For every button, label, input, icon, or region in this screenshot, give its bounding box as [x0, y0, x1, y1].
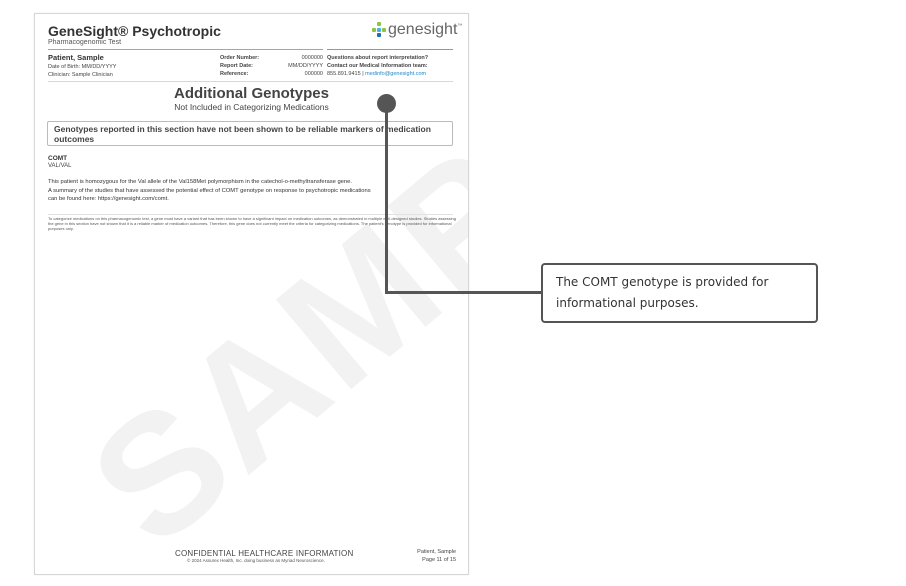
section-subtitle: Not Included in Categorizing Medications — [35, 102, 468, 112]
logo-text: genesight — [388, 21, 457, 39]
reference-label: Reference: — [220, 71, 248, 77]
contact-email-link[interactable]: medinfo@genesight.com — [365, 71, 426, 77]
callout-connector-horizontal — [385, 291, 542, 294]
report-date-label: Report Date: — [220, 63, 253, 69]
footer-patient: Patient, Sample — [417, 549, 456, 555]
order-number-label: Order Number: — [220, 55, 259, 61]
contact-line: 855.891.9415 | medinfo@genesight.com — [327, 71, 426, 77]
notice-box: Genotypes reported in this section have … — [47, 121, 453, 146]
footer-page-number: Page 11 of 15 — [422, 557, 456, 563]
contact-team: Contact our Medical Information team: — [327, 63, 428, 69]
annotation-callout: The COMT genotype is provided for inform… — [541, 263, 818, 323]
report-title: GeneSight® Psychotropic — [48, 23, 221, 39]
header-divider-blue — [327, 49, 453, 50]
logo-mark-icon — [371, 22, 387, 38]
order-number-value: 0000000 — [302, 55, 323, 61]
footer-confidential: CONFIDENTIAL HEALTHCARE INFORMATION — [175, 549, 353, 558]
fine-print: To categorize medications on this pharma… — [48, 216, 456, 231]
fine-print-divider — [48, 214, 453, 215]
report-page: SAMPLE GeneSight® Psychotropic Pharmacog… — [34, 13, 469, 575]
callout-anchor-dot — [377, 94, 396, 113]
logo-trademark: ™ — [457, 23, 462, 29]
patient-clinician: Clinician: Sample Clinician — [48, 72, 113, 78]
gene-name: COMT — [48, 155, 67, 162]
footer-copyright: © 2024 Assurex Health, Inc. doing busine… — [187, 558, 325, 563]
patient-name: Patient, Sample — [48, 53, 104, 62]
genotype-description: This patient is homozygous for the Val a… — [48, 179, 352, 185]
report-subtitle: Pharmacogenomic Test — [48, 39, 121, 46]
callout-connector-vertical — [385, 105, 388, 294]
gene-genotype: VAL/VAL — [48, 163, 71, 169]
summary-line-2: can be found here: https://genesight.com… — [48, 196, 169, 202]
contact-phone: 855.891.9415 — [327, 71, 361, 77]
summary-line-1: A summary of the studies that have asses… — [48, 188, 371, 194]
reference-value: 000000 — [305, 71, 323, 77]
report-date-value: MM/DD/YYYY — [288, 63, 323, 69]
patient-dob: Date of Birth: MM/DD/YYYY — [48, 64, 116, 70]
header-divider-gray — [48, 81, 453, 82]
header-divider-green — [48, 49, 323, 50]
contact-question: Questions about report interpretation? — [327, 55, 428, 61]
contact-separator: | — [362, 71, 363, 77]
genesight-logo: genesight ™ — [371, 21, 462, 39]
section-title: Additional Genotypes — [35, 85, 468, 102]
